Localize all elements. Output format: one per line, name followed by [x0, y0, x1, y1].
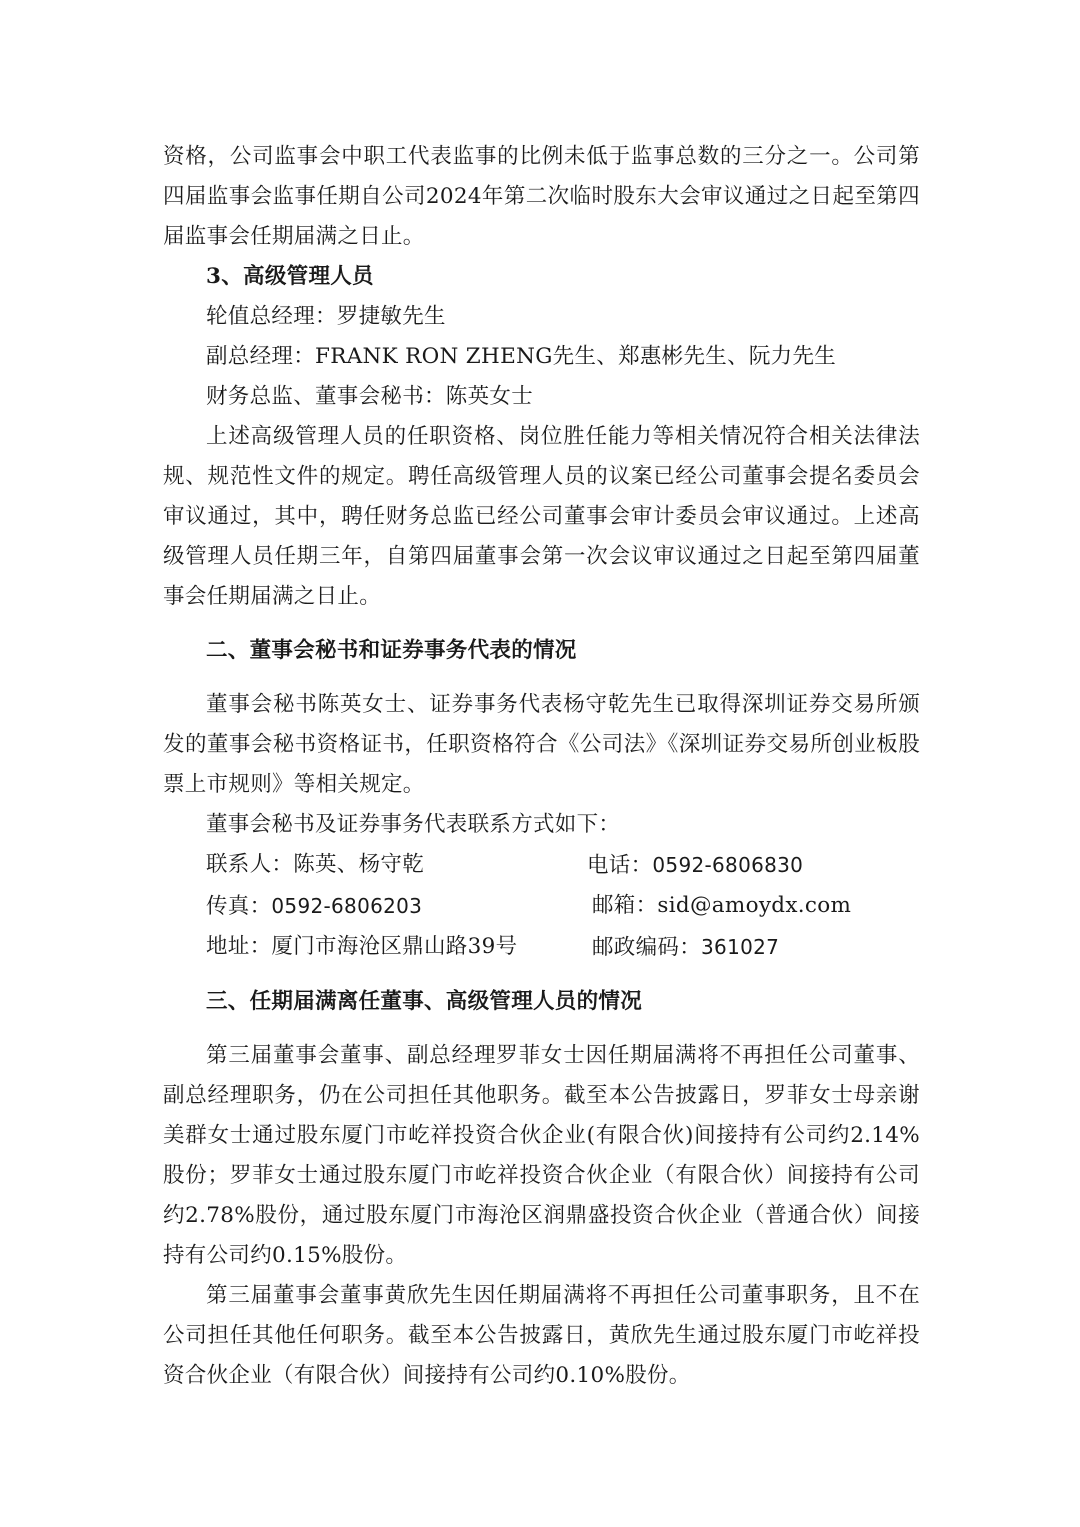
- contact-person-value: 陈英、杨守乾: [293, 852, 424, 877]
- phone-label: 电话：: [587, 853, 652, 878]
- section-three-paragraph-2: 第三届董事会董事黄欣先生因任期届满将不再担任公司董事职务，且不在公司担任其他任何…: [163, 1276, 920, 1396]
- senior-management-paragraph: 上述高级管理人员的任职资格、岗位胜任能力等相关情况符合相关法律法规、规范性文件的…: [163, 417, 920, 617]
- phone: 电话：0592-6806830: [587, 845, 803, 886]
- contact-person-label: 联系人：: [206, 852, 293, 877]
- fax: 传真：0592-6806203: [206, 886, 587, 927]
- address-label: 地址：: [206, 934, 271, 959]
- email: 邮箱：sid@amoydx.com: [587, 886, 851, 927]
- section-three-paragraph-1: 第三届董事会董事、副总经理罗菲女士因任期届满将不再担任公司董事、副总经理职务，仍…: [163, 1036, 920, 1276]
- fax-label: 传真：: [206, 894, 271, 919]
- section-three-heading: 三、任期届满离任董事、高级管理人员的情况: [163, 982, 920, 1022]
- address: 地址：厦门市海沧区鼎山路39号: [206, 927, 587, 968]
- cfo-secretary-line: 财务总监、董事会秘书：陈英女士: [163, 377, 920, 417]
- document-page: 资格，公司监事会中职工代表监事的比例未低于监事总数的三分之一。公司第四届监事会监…: [163, 137, 920, 1396]
- email-value[interactable]: sid@amoydx.com: [657, 893, 851, 918]
- contact-row-2: 传真：0592-6806203 邮箱：sid@amoydx.com: [163, 886, 920, 927]
- email-label: 邮箱：: [592, 893, 657, 918]
- postcode: 邮政编码：361027: [587, 927, 779, 968]
- intro-paragraph: 资格，公司监事会中职工代表监事的比例未低于监事总数的三分之一。公司第四届监事会监…: [163, 137, 920, 257]
- section-two-heading: 二、董事会秘书和证券事务代表的情况: [163, 631, 920, 671]
- contact-row-1: 联系人：陈英、杨守乾 电话：0592-6806830: [163, 845, 920, 886]
- section-two-paragraph: 董事会秘书陈英女士、证券事务代表杨守乾先生已取得深圳证券交易所颁发的董事会秘书资…: [163, 685, 920, 805]
- rotating-gm-line: 轮值总经理：罗捷敏先生: [163, 297, 920, 337]
- postcode-value: 361027: [701, 935, 779, 959]
- contact-intro: 董事会秘书及证券事务代表联系方式如下：: [163, 805, 920, 845]
- phone-value: 0592-6806830: [652, 853, 803, 877]
- address-value: 厦门市海沧区鼎山路39号: [271, 934, 517, 959]
- postcode-label: 邮政编码：: [592, 935, 701, 960]
- deputy-gm-line: 副总经理：FRANK RON ZHENG先生、郑惠彬先生、阮力先生: [163, 337, 920, 377]
- contact-row-3: 地址：厦门市海沧区鼎山路39号 邮政编码：361027: [163, 927, 920, 968]
- senior-management-heading: 3、高级管理人员: [163, 257, 920, 297]
- fax-value: 0592-6806203: [271, 894, 422, 918]
- contact-person: 联系人：陈英、杨守乾: [206, 845, 587, 886]
